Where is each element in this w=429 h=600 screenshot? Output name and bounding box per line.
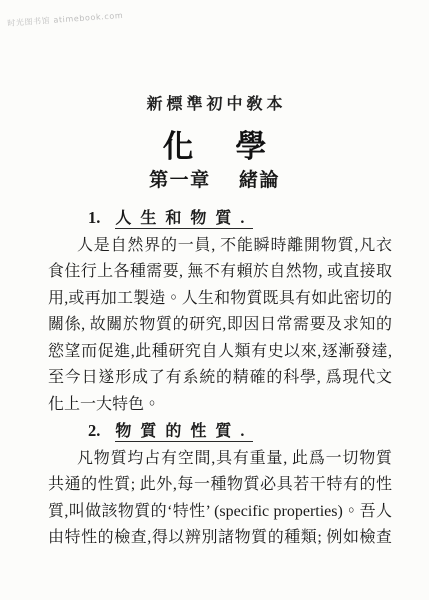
- text-line: 化上一大特色。: [48, 392, 392, 419]
- watermark: 时光图书馆 atimebook.com: [7, 10, 124, 29]
- section-heading: 1.人生和物質.: [48, 205, 392, 233]
- section-number: 1.: [88, 208, 100, 227]
- section-title: 物質的性質.: [115, 423, 253, 442]
- book-title-char: 化: [163, 121, 194, 166]
- text-line: 由特性的檢查,得以辨別諸物質的種類; 例如檢查: [48, 525, 392, 552]
- text-line: 食住行上各種需要, 無不有賴於自然物, 或直接取: [48, 259, 392, 286]
- text-line: 質,叫做該物質的‘特性’ (specific properties)。吾人: [48, 499, 392, 526]
- chapter-heading: 第一章 緒論: [0, 165, 429, 192]
- text-line: 慾望而促進,此種研究自人類有史以來,逐漸發達,: [48, 339, 392, 366]
- text-line: 凡物質均占有空間,具有重量, 此爲一切物質: [48, 446, 392, 473]
- section-number: 2.: [88, 421, 100, 440]
- text-line: 共通的性質; 此外,每一種物質必具若干特有的性: [48, 472, 392, 499]
- chapter-number: 第一章: [149, 165, 211, 192]
- text-line: 至今日遂形成了有系統的精確的科學, 爲現代文: [48, 365, 392, 392]
- series-title: 新標準初中敎本: [0, 91, 429, 114]
- text-line: 關係, 故關於物質的研究,即因日常需要及求知的: [48, 312, 392, 339]
- page-body: 1.人生和物質. 人是自然界的一員, 不能瞬時離開物質,凡衣 食住行上各種需要,…: [48, 205, 392, 552]
- book-page: 时光图书馆 atimebook.com 新標準初中敎本 化 學 第一章 緒論 1…: [0, 0, 429, 600]
- chapter-title: 緒論: [239, 165, 280, 192]
- section-title: 人生和物質.: [115, 210, 253, 229]
- book-title-char: 學: [235, 121, 266, 166]
- section-heading: 2.物質的性質.: [48, 418, 392, 446]
- text-line: 人是自然界的一員, 不能瞬時離開物質,凡衣: [48, 233, 392, 260]
- text-line: 用,或再加工製造。人生和物質既具有如此密切的: [48, 286, 392, 313]
- book-title: 化 學: [0, 121, 429, 166]
